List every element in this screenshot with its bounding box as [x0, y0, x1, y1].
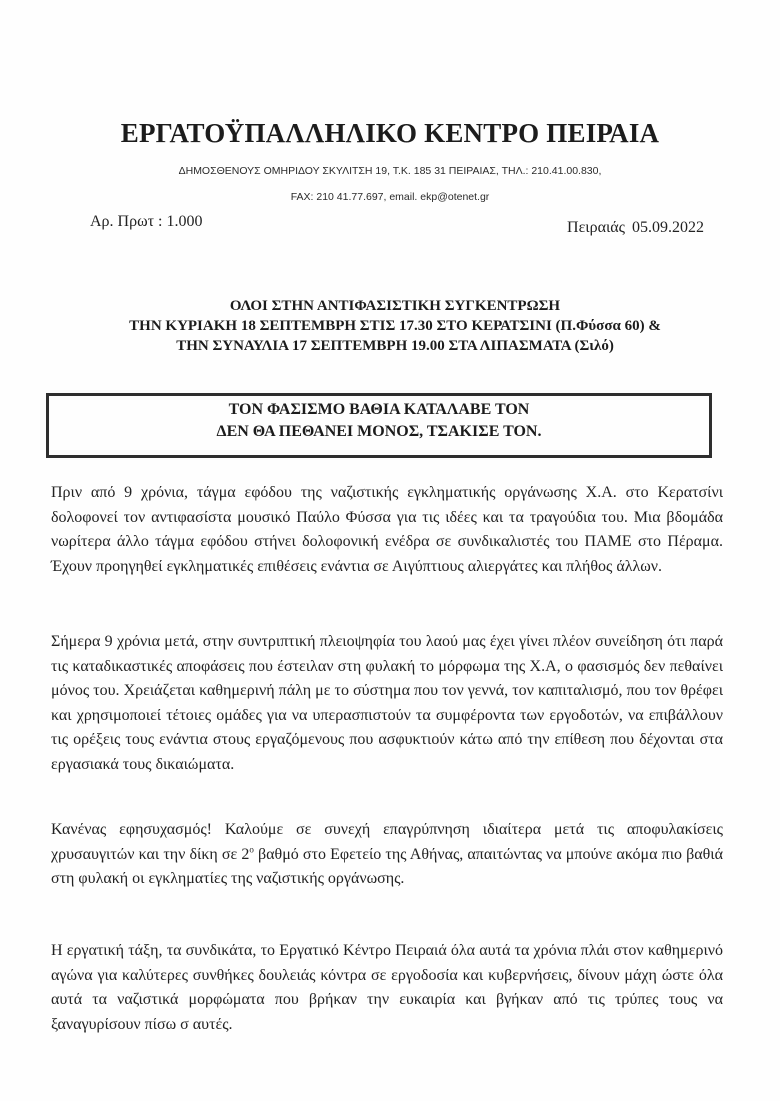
- headline-line-2: ΤΗΝ ΚΥΡΙΑΚΗ 18 ΣΕΠΤΕΜΒΡΗ ΣΤΙΣ 17.30 ΣΤΟ …: [0, 316, 780, 336]
- contact-line: FAX: 210 41.77.697, email. ekp@otenet.gr: [0, 191, 780, 203]
- slogan-line-2: ΔΕΝ ΘΑ ΠΕΘΑΝΕΙ ΜΟΝΟΣ, ΤΣΑΚΙΣΕ ΤΟΝ.: [49, 421, 709, 443]
- protocol-number: Αρ. Πρωτ : 1.000: [90, 213, 202, 231]
- body-paragraph-1: Πριν από 9 χρόνια, τάγμα εφόδου της ναζι…: [51, 481, 723, 579]
- organization-title: ΕΡΓΑΤΟΫΠΑΛΛΗΛΙΚΟ ΚΕΝΤΡΟ ΠΕΙΡΑΙΑ: [0, 118, 780, 149]
- body-paragraph-2: Σήμερα 9 χρόνια μετά, στην συντριπτική π…: [51, 630, 723, 777]
- address-line: ΔΗΜΟΣΘΕΝΟΥΣ ΟΜΗΡΙΔΟΥ ΣΚΥΛΙΤΣΗ 19, Τ.Κ. 1…: [0, 165, 780, 177]
- slogan-box: ΤΟΝ ΦΑΣΙΣΜΟ ΒΑΘΙΑ ΚΑΤΑΛΑΒΕ ΤΟΝ ΔΕΝ ΘΑ ΠΕ…: [46, 393, 712, 458]
- body-paragraph-4: Η εργατική τάξη, τα συνδικάτα, το Εργατι…: [51, 939, 723, 1037]
- event-headline: ΟΛΟΙ ΣΤΗΝ ΑΝΤΙΦΑΣΙΣΤΙΚΗ ΣΥΓΚΕΝΤΡΩΣΗ ΤΗΝ …: [0, 296, 780, 356]
- headline-line-3: ΤΗΝ ΣΥΝΑΥΛΙΑ 17 ΣΕΠΤΕΜΒΡΗ 19.00 ΣΤΑ ΛΙΠΑ…: [0, 336, 780, 356]
- slogan-line-1: ΤΟΝ ΦΑΣΙΣΜΟ ΒΑΘΙΑ ΚΑΤΑΛΑΒΕ ΤΟΝ: [49, 399, 709, 421]
- place-date: Πειραιάς 05.09.2022: [567, 219, 704, 237]
- body-paragraph-3: Κανένας εφησυχασμός! Καλούμε σε συνεχή ε…: [51, 818, 723, 892]
- headline-line-1: ΟΛΟΙ ΣΤΗΝ ΑΝΤΙΦΑΣΙΣΤΙΚΗ ΣΥΓΚΕΝΤΡΩΣΗ: [0, 296, 780, 316]
- document-page: ΕΡΓΑΤΟΫΠΑΛΛΗΛΙΚΟ ΚΕΝΤΡΟ ΠΕΙΡΑΙΑ ΔΗΜΟΣΘΕΝ…: [0, 0, 780, 1101]
